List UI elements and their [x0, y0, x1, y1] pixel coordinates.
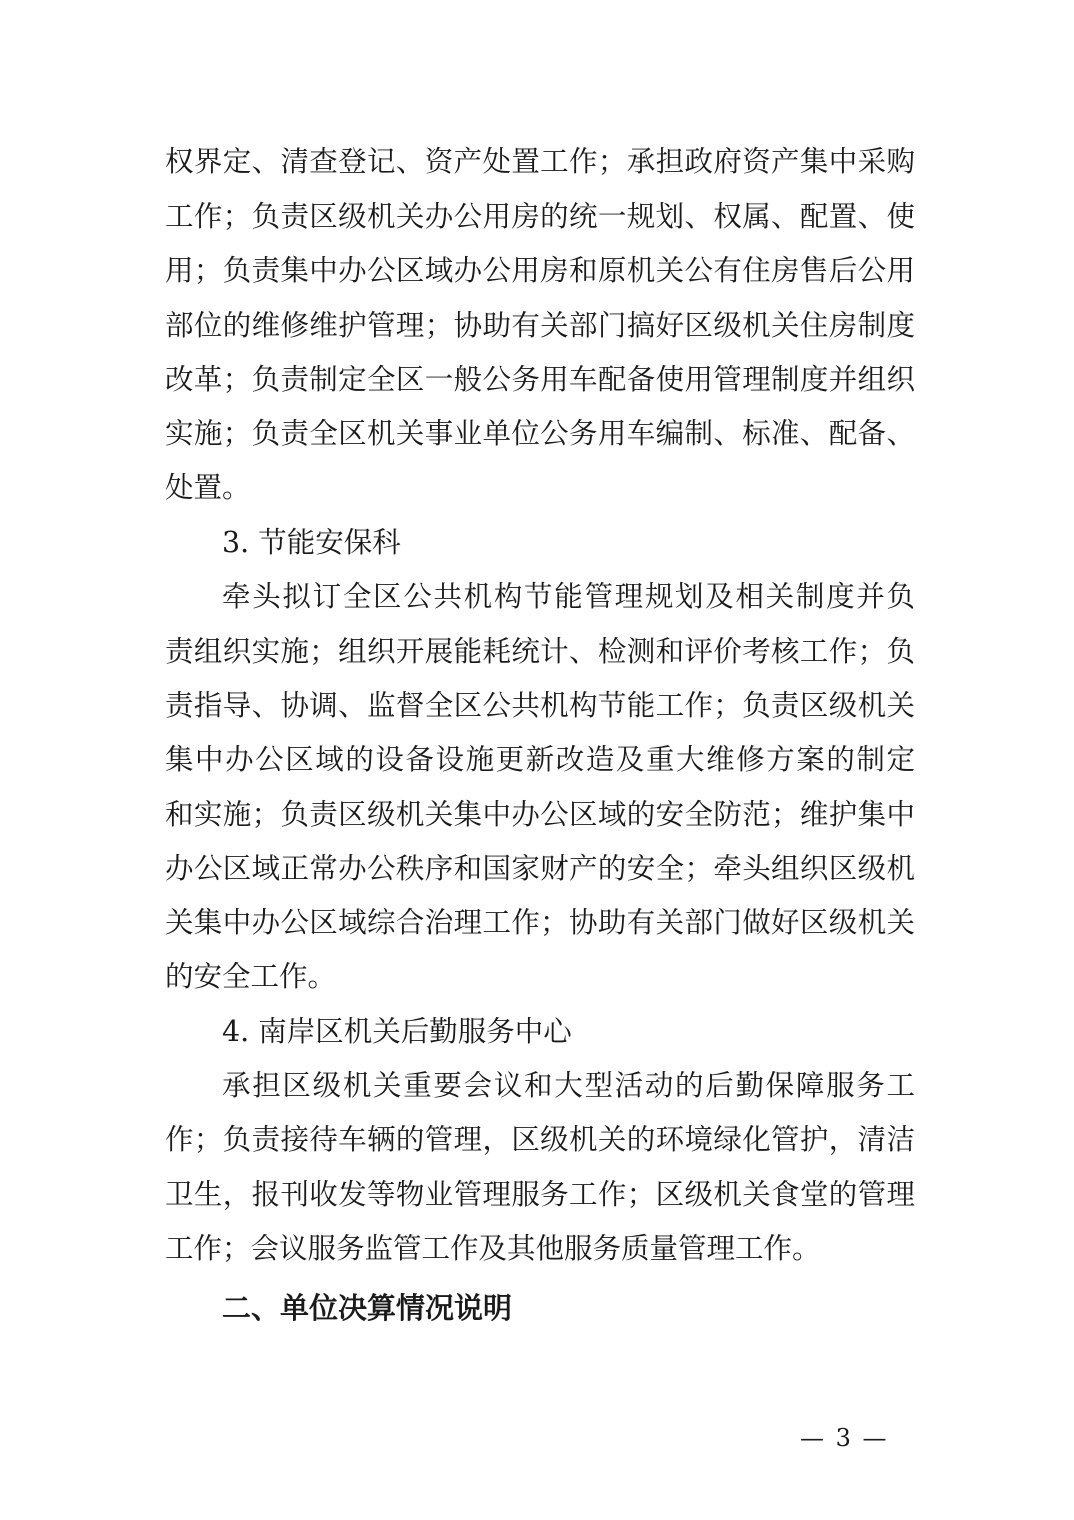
paragraph-line: 的安全工作。	[165, 957, 915, 997]
paragraph-line: 改革；负责制定全区一般公务用车配备使用管理制度并组织	[165, 360, 915, 400]
paragraph-line: 牵头拟订全区公共机构节能管理规划及相关制度并负	[222, 577, 915, 617]
paragraph-line: 责组织实施；组织开展能耗统计、检测和评价考核工作；负	[165, 632, 915, 672]
paragraph-line: 部位的维修维护管理；协助有关部门搞好区级机关住房制度	[165, 306, 915, 346]
paragraph-line: 卫生，报刊收发等物业管理服务工作；区级机关食堂的管理	[165, 1175, 915, 1215]
paragraph-line: 工作；负责区级机关办公用房的统一规划、权属、配置、使	[165, 197, 915, 237]
paragraph-line: 办公区域正常办公秩序和国家财产的安全；牵头组织区级机	[165, 849, 915, 889]
section-heading: 3. 节能安保科	[222, 523, 401, 563]
paragraph-line: 实施；负责全区机关事业单位公务用车编制、标准、配备、	[165, 414, 915, 454]
paragraph-line: 承担区级机关重要会议和大型活动的后勤保障服务工	[222, 1066, 915, 1106]
paragraph-line: 责指导、协调、监督全区公共机构节能工作；负责区级机关	[165, 686, 915, 726]
page-number: — 3 —	[800, 1418, 889, 1458]
part-heading: 二、单位决算情况说明	[222, 1288, 512, 1328]
paragraph-line: 用；负责集中办公区域办公用房和原机关公有住房售后公用	[165, 251, 915, 291]
paragraph-line: 工作；会议服务监管工作及其他服务质量管理工作。	[165, 1229, 915, 1269]
paragraph-line: 处置。	[165, 468, 915, 508]
paragraph-line: 权界定、清查登记、资产处置工作；承担政府资产集中采购	[165, 142, 915, 182]
paragraph-line: 集中办公区域的设备设施更新改造及重大维修方案的制定	[165, 740, 915, 780]
paragraph-line: 作；负责接待车辆的管理，区级机关的环境绿化管护，清洁	[165, 1120, 915, 1160]
paragraph-line: 和实施；负责区级机关集中办公区域的安全防范；维护集中	[165, 795, 915, 835]
paragraph-line: 关集中办公区域综合治理工作；协助有关部门做好区级机关	[165, 903, 915, 943]
section-heading: 4. 南岸区机关后勤服务中心	[222, 1012, 572, 1052]
